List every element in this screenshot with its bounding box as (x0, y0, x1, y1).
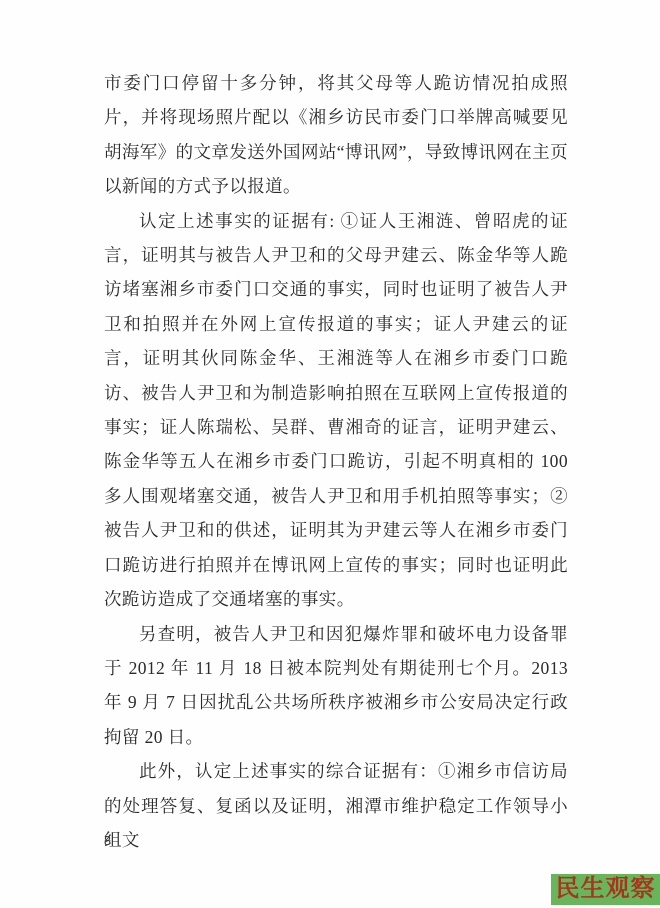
paragraph: 认定上述事实的证据有: ①证人王湘涟、曾昭虎的证言，证明其与被告人尹卫和的父母尹… (104, 204, 568, 617)
watermark-stamp: 民生观察 (551, 874, 660, 905)
paragraph: 另查明，被告人尹卫和因犯爆炸罪和破坏电力设备罪于 2012 年 11 月 18 … (104, 617, 568, 755)
scanned-document-page: 市委门口停留十多分钟，将其父母等人跪访情况拍成照片，并将现场照片配以《湘乡访民市… (0, 0, 660, 908)
page-number-dot: · (130, 836, 134, 848)
paragraph: 此外，认定上述事实的综合证据有：①湘乡市信访局的处理答复、复函以及证明，湘潭市维… (104, 754, 568, 857)
page-number: 8 (104, 834, 111, 850)
paragraph: 市委门口停留十多分钟，将其父母等人跪访情况拍成照片，并将现场照片配以《湘乡访民市… (104, 66, 568, 204)
document-body-text: 市委门口停留十多分钟，将其父母等人跪访情况拍成照片，并将现场照片配以《湘乡访民市… (104, 66, 568, 857)
